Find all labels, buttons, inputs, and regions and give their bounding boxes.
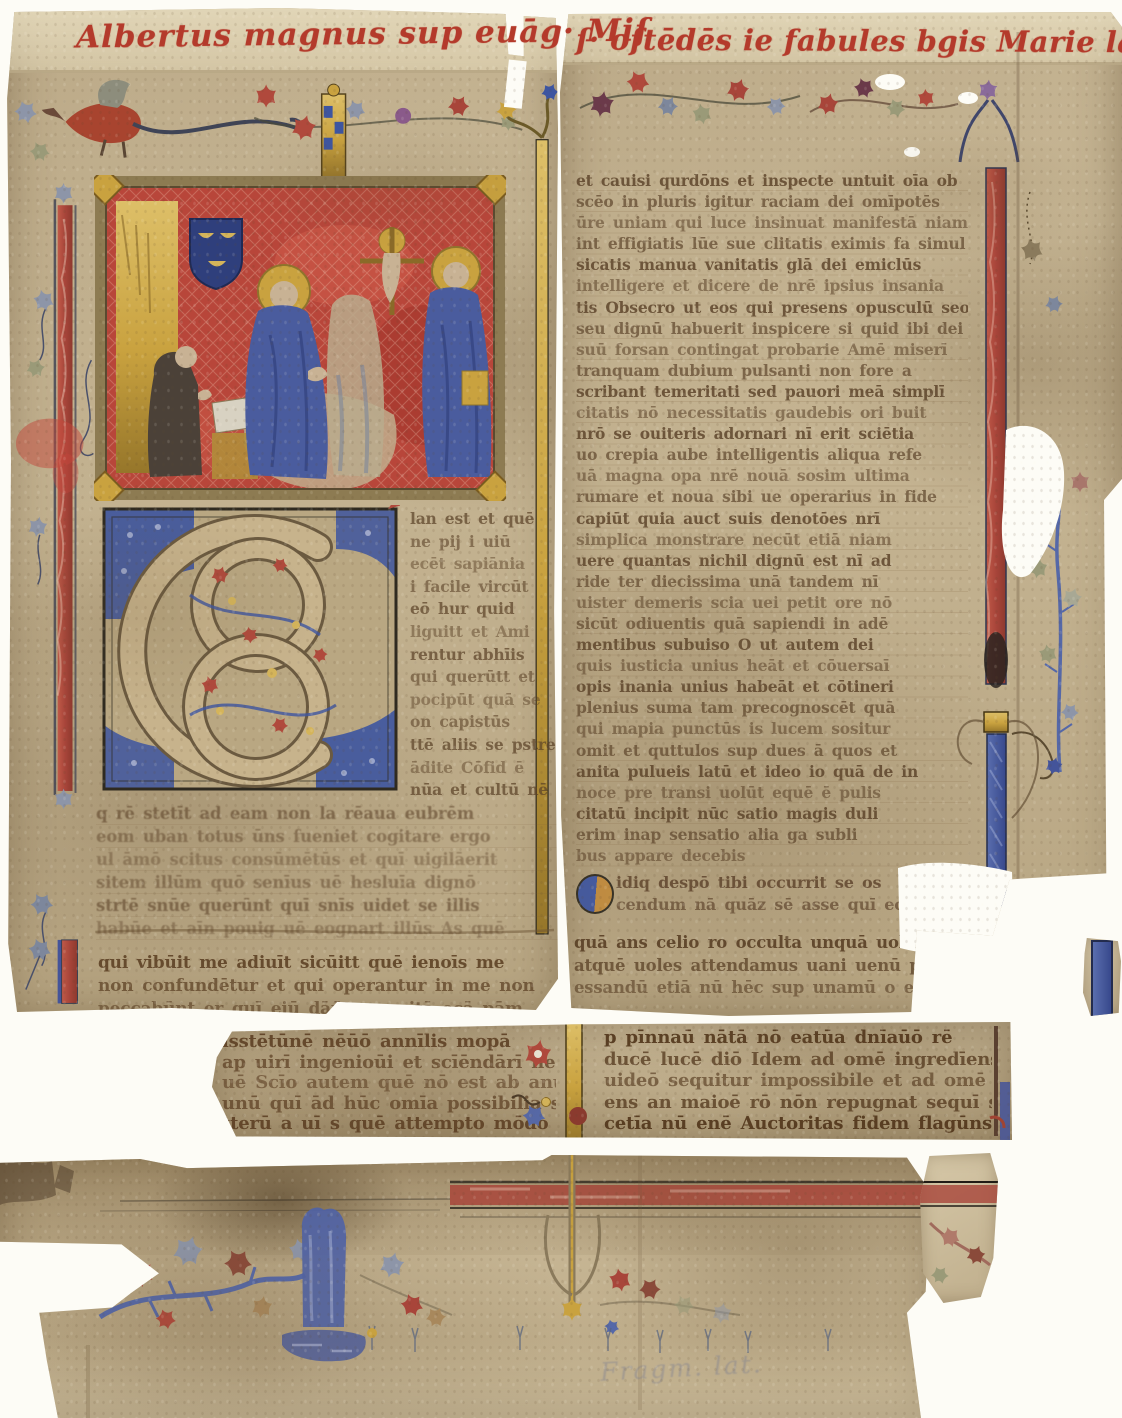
strip-flower [512,1038,552,1131]
bottom-bar-bit [26,936,78,1004]
blue-offset-stain [282,1207,366,1361]
left-bar-border [54,183,77,809]
pinnacle [545,1155,599,1305]
red-boss [569,1107,587,1125]
left-bottom-text: qui vibūit me adiuīt sicūitt quē ienoīs … [98,952,554,1022]
left-page-fragment: lan est et quēne pij i uiūecēt sapiāniai… [6,8,558,1014]
rubric-heading-right: ſ· oſtēdēs ie fabules bgis Marie laudes [576,22,1122,59]
middle-strip-fragment: isstētūnē nēūō annīlis mopāap uirī ingen… [212,1022,1012,1140]
left-column-text: lan est et quēne pij i uiūecēt sapiāniai… [410,508,560,804]
rubric-heading-left: Albertus magnus sup euāg· Miſ [76,12,649,55]
blue-vine [100,1232,313,1333]
left-text-block: q rē stetīt ad eam non la rēaua eubrēmeo… [96,802,558,942]
right-leaf-spray [360,1250,740,1338]
dragon-ornament [42,80,302,158]
illuminated-initial [100,505,400,793]
tears [875,74,1064,955]
tab-decoration [920,1153,998,1303]
bottom-fragment: Fragm. lat. [0,1155,935,1418]
angel-figure [327,295,384,477]
pinnacle-ornament [322,84,346,177]
gold-dot [367,1328,377,1338]
strip-decoration [212,1022,1012,1140]
left-edge-marks [0,1160,74,1205]
bottom-decoration [0,1155,935,1418]
bottom-edge-tab [920,1153,998,1303]
strip-right-bar [990,1026,1010,1140]
blue-bar-remnant [1091,940,1113,1018]
bar-fork [960,100,1018,162]
tear [504,59,527,108]
heraldic-shield [190,219,242,289]
right-edge-tab [1083,938,1121,1016]
red-stain [16,419,84,493]
right-page-decoration [560,12,1122,1016]
right-page-fragment: et cauisi qurdōns et inspecte untuit oīa… [560,12,1122,1016]
manuscript-scan: lan est et quēne pij i uiūecēt sapiāniai… [0,0,1122,1418]
top-border-vine [580,67,958,126]
miniature-scene [94,175,506,501]
